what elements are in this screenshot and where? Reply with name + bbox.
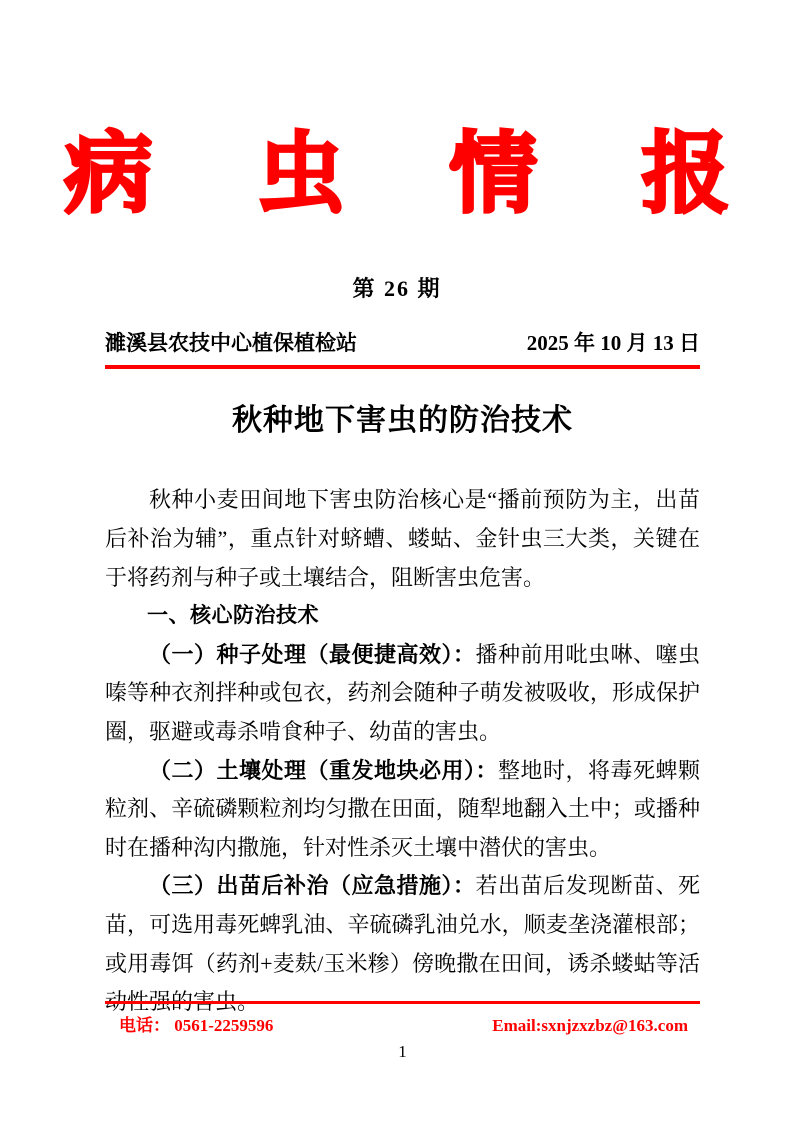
footer-email: Email:sxnjzxzbz@163.com xyxy=(492,1016,688,1036)
page-footer: 电话： 0561-2259596 Email:sxnjzxzbz@163.com… xyxy=(105,1001,700,1062)
item-2-lead: （二）土壤处理（重发地块必用）： xyxy=(149,758,498,783)
page-number: 1 xyxy=(105,1042,700,1062)
section-heading: 一、核心防治技术 xyxy=(105,597,700,636)
footer-phone: 电话： 0561-2259596 xyxy=(119,1011,273,1036)
article-body: 秋种地下害虫的防治技术 秋种小麦田间地下害虫防治核心是“播前预防为主，出苗后补治… xyxy=(0,395,794,1021)
issue-date: 2025 年 10 月 13 日 xyxy=(527,327,700,357)
article-title: 秋种地下害虫的防治技术 xyxy=(105,395,700,439)
item-paragraph-2: （二）土壤处理（重发地块必用）：整地时，将毒死蜱颗粒剂、辛硫磷颗粒剂均匀撒在田面… xyxy=(105,752,700,868)
item-1-lead: （一）种子处理（最便捷高效）： xyxy=(149,642,475,667)
issue-number: 第 26 期 xyxy=(0,272,794,303)
item-3-lead: （三）出苗后补治（应急措施）： xyxy=(149,873,475,898)
item-paragraph-3: （三）出苗后补治（应急措施）：若出苗后发现断苗、死苗，可选用毒死蜱乳油、辛硫磷乳… xyxy=(105,867,700,1021)
article-text: 秋种小麦田间地下害虫防治核心是“播前预防为主，出苗后补治为辅”，重点针对蛴螬、蝼… xyxy=(105,481,700,1021)
intro-paragraph: 秋种小麦田间地下害虫防治核心是“播前预防为主，出苗后补治为辅”，重点针对蛴螬、蝼… xyxy=(105,481,700,597)
item-paragraph-1: （一）种子处理（最便捷高效）：播种前用吡虫啉、噻虫嗪等种衣剂拌种或包衣，药剂会随… xyxy=(105,636,700,752)
header-row: 濉溪县农技中心植保植检站 2025 年 10 月 13 日 xyxy=(0,327,794,365)
footer-contacts: 电话： 0561-2259596 Email:sxnjzxzbz@163.com xyxy=(105,1011,700,1036)
header-red-rule xyxy=(105,365,700,369)
masthead-title: 病 虫 情 报 xyxy=(0,128,794,220)
organization-name: 濉溪县农技中心植保植检站 xyxy=(105,327,357,357)
bulletin-page: 病 虫 情 报 第 26 期 濉溪县农技中心植保植检站 2025 年 10 月 … xyxy=(0,0,794,1122)
